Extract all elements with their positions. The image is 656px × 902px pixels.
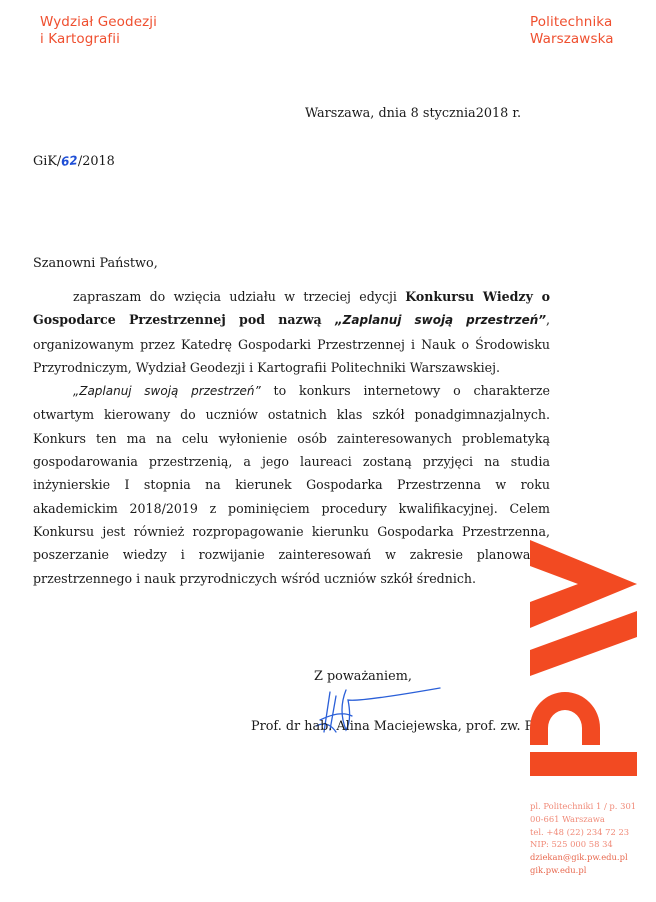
contact-website[interactable]: gik.pw.edu.pl — [530, 864, 636, 877]
contact-phone: tel. +48 (22) 234 72 23 — [530, 826, 636, 839]
contact-city: 00-661 Warszawa — [530, 813, 636, 826]
pw-logo-icon — [0, 0, 656, 902]
contact-block: pl. Politechniki 1 / p. 301 00-661 Warsz… — [530, 800, 636, 877]
contact-nip: NIP: 525 000 58 34 — [530, 838, 636, 851]
contact-email[interactable]: dziekan@gik.pw.edu.pl — [530, 851, 636, 864]
contact-address: pl. Politechniki 1 / p. 301 — [530, 800, 636, 813]
